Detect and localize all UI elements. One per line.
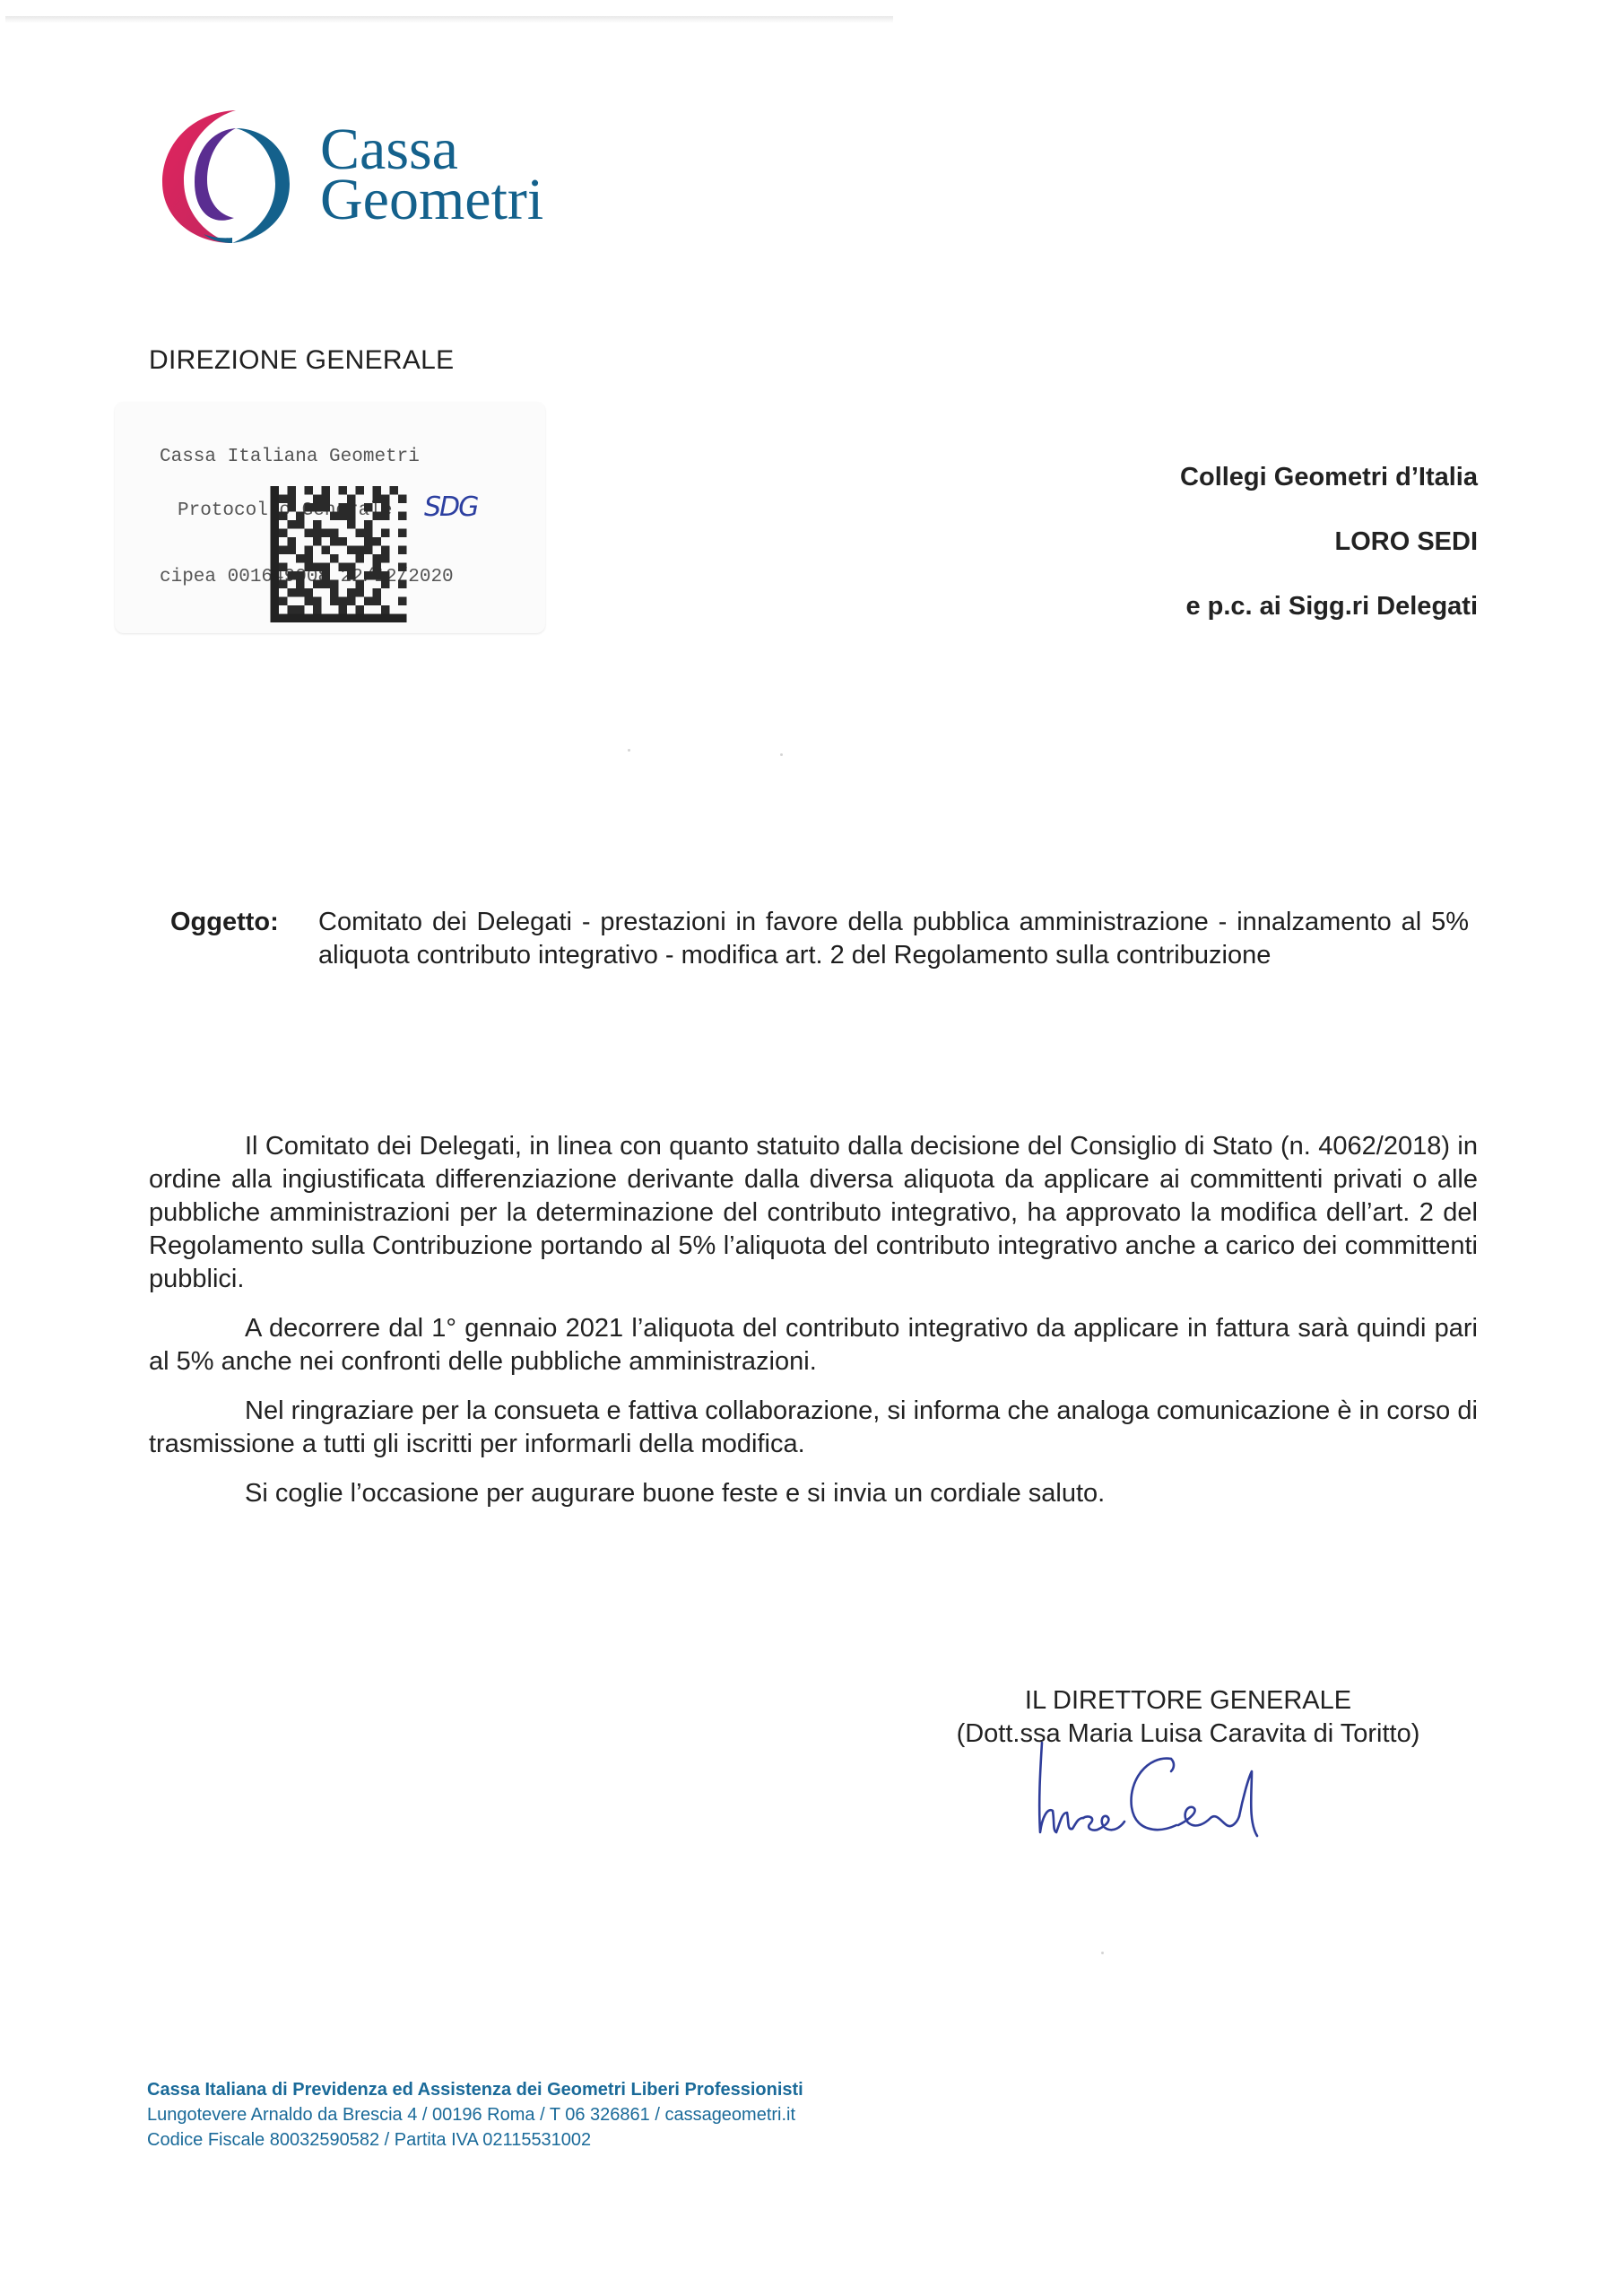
footer-tax-ids: Codice Fiscale 80032590582 / Partita IVA… (147, 2127, 803, 2152)
logo-text-geometri: Geometri (320, 175, 543, 225)
letter-body: Il Comitato dei Delegati, in linea con q… (149, 1130, 1478, 1526)
scan-speck (1101, 1952, 1104, 1954)
footer-organization: Cassa Italiana di Previdenza ed Assisten… (147, 2077, 803, 2102)
body-paragraph: Si coglie l’occasione per augurare buone… (149, 1477, 1478, 1510)
scan-speck (628, 749, 630, 752)
letterhead-footer: Cassa Italiana di Previdenza ed Assisten… (147, 2077, 803, 2152)
body-paragraph: Il Comitato dei Delegati, in linea con q… (149, 1130, 1478, 1296)
scan-speck (780, 753, 783, 756)
subject-label: Oggetto: (170, 906, 279, 939)
protocol-stamp: Cassa Italiana Geometri Protocollo Gener… (115, 402, 545, 633)
recipient-line: e p.c. ai Sigg.ri Delegati (1180, 588, 1478, 653)
datamatrix-barcode-icon (269, 486, 408, 622)
handwritten-initials: SDG (424, 491, 477, 523)
signatory-title: IL DIRETTORE GENERALE (901, 1684, 1475, 1718)
stamp-line-1: Cassa Italiana Geometri (160, 448, 454, 466)
recipients-block: Collegi Geometri d’Italia LORO SEDI e p.… (1180, 459, 1478, 653)
recipient-line: LORO SEDI (1180, 524, 1478, 588)
recipient-line: Collegi Geometri d’Italia (1180, 459, 1478, 524)
body-paragraph: A decorrere dal 1° gennaio 2021 l’aliquo… (149, 1312, 1478, 1378)
scan-edge-shadow (5, 16, 893, 23)
department-heading: DIREZIONE GENERALE (149, 345, 454, 376)
letterhead-logo: Cassa Geometri (157, 103, 605, 247)
handwritten-signature-icon (1013, 1735, 1354, 1861)
footer-address: Lungotevere Arnaldo da Brescia 4 / 00196… (147, 2102, 803, 2127)
subject-text: Comitato dei Delegati - prestazioni in f… (318, 906, 1469, 972)
body-paragraph: Nel ringraziare per la consueta e fattiv… (149, 1395, 1478, 1461)
cassa-geometri-rings-icon (157, 103, 309, 247)
